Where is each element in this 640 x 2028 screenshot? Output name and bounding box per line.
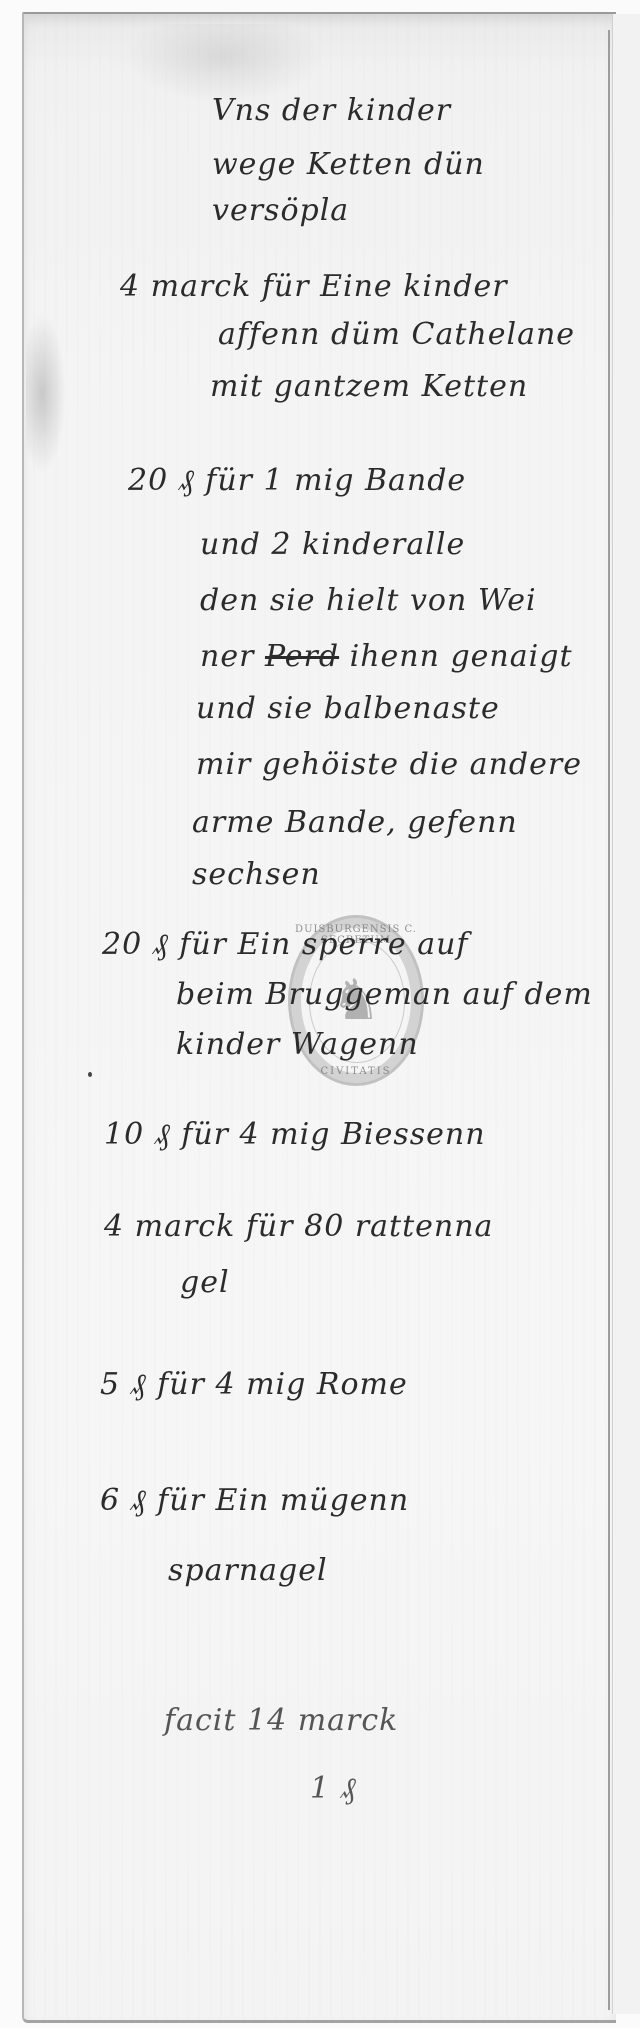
entry-line: sparnagel — [168, 1556, 328, 1586]
top-discoloration — [124, 24, 324, 104]
entry-line: 4 marck für Eine kinder — [120, 272, 508, 302]
entry-line: sechsen — [192, 860, 321, 890]
stamp-bottom-text: CIVITATIS — [291, 1066, 421, 1077]
scanned-page: Vns der kinder wege Ketten dün versöpla … — [0, 0, 640, 2028]
ink-blot — [88, 1072, 92, 1077]
entry-line: 20 ₰ für 1 mig Bande — [128, 466, 466, 496]
entry-line: mir gehöiste die andere — [196, 750, 582, 780]
entry-line: 6 ₰ für Ein mügenn — [100, 1486, 409, 1516]
entry-line: mit gantzem Ketten — [210, 372, 528, 402]
entry-line: affenn düm Cathelane — [218, 320, 575, 350]
entry-line: und 2 kinderalle — [200, 530, 465, 560]
entry-line: 5 ₰ für 4 mig Rome — [100, 1370, 408, 1400]
entry-line: beim Bruggeman auf dem — [176, 980, 593, 1010]
heading-line-1: Vns der kinder — [212, 96, 451, 126]
heading-line-3: versöpla — [212, 196, 349, 226]
total-line: 1 ₰ — [310, 1774, 357, 1804]
page-edge-line — [608, 30, 610, 2010]
entry-line: 10 ₰ für 4 mig Biessenn — [104, 1120, 486, 1150]
entry-line: kinder Wagenn — [176, 1030, 419, 1060]
entry-line: 20 ₰ für Ein sperre auf — [102, 930, 469, 960]
entry-line: arme Bande, gefenn — [192, 808, 518, 838]
entry-line: 4 marck für 80 rattenna — [104, 1212, 493, 1242]
entry-line: ner Perd ihenn genaigt — [200, 642, 573, 672]
entry-line: und sie balbenaste — [196, 694, 500, 724]
adjacent-page-strip — [612, 14, 640, 2014]
total-line: facit 14 marck — [164, 1706, 398, 1736]
heading-line-2: wege Ketten dün — [212, 150, 485, 180]
entry-line: gel — [180, 1268, 230, 1298]
water-stain — [26, 314, 66, 474]
entry-line: den sie hielt von Wei — [200, 586, 537, 616]
